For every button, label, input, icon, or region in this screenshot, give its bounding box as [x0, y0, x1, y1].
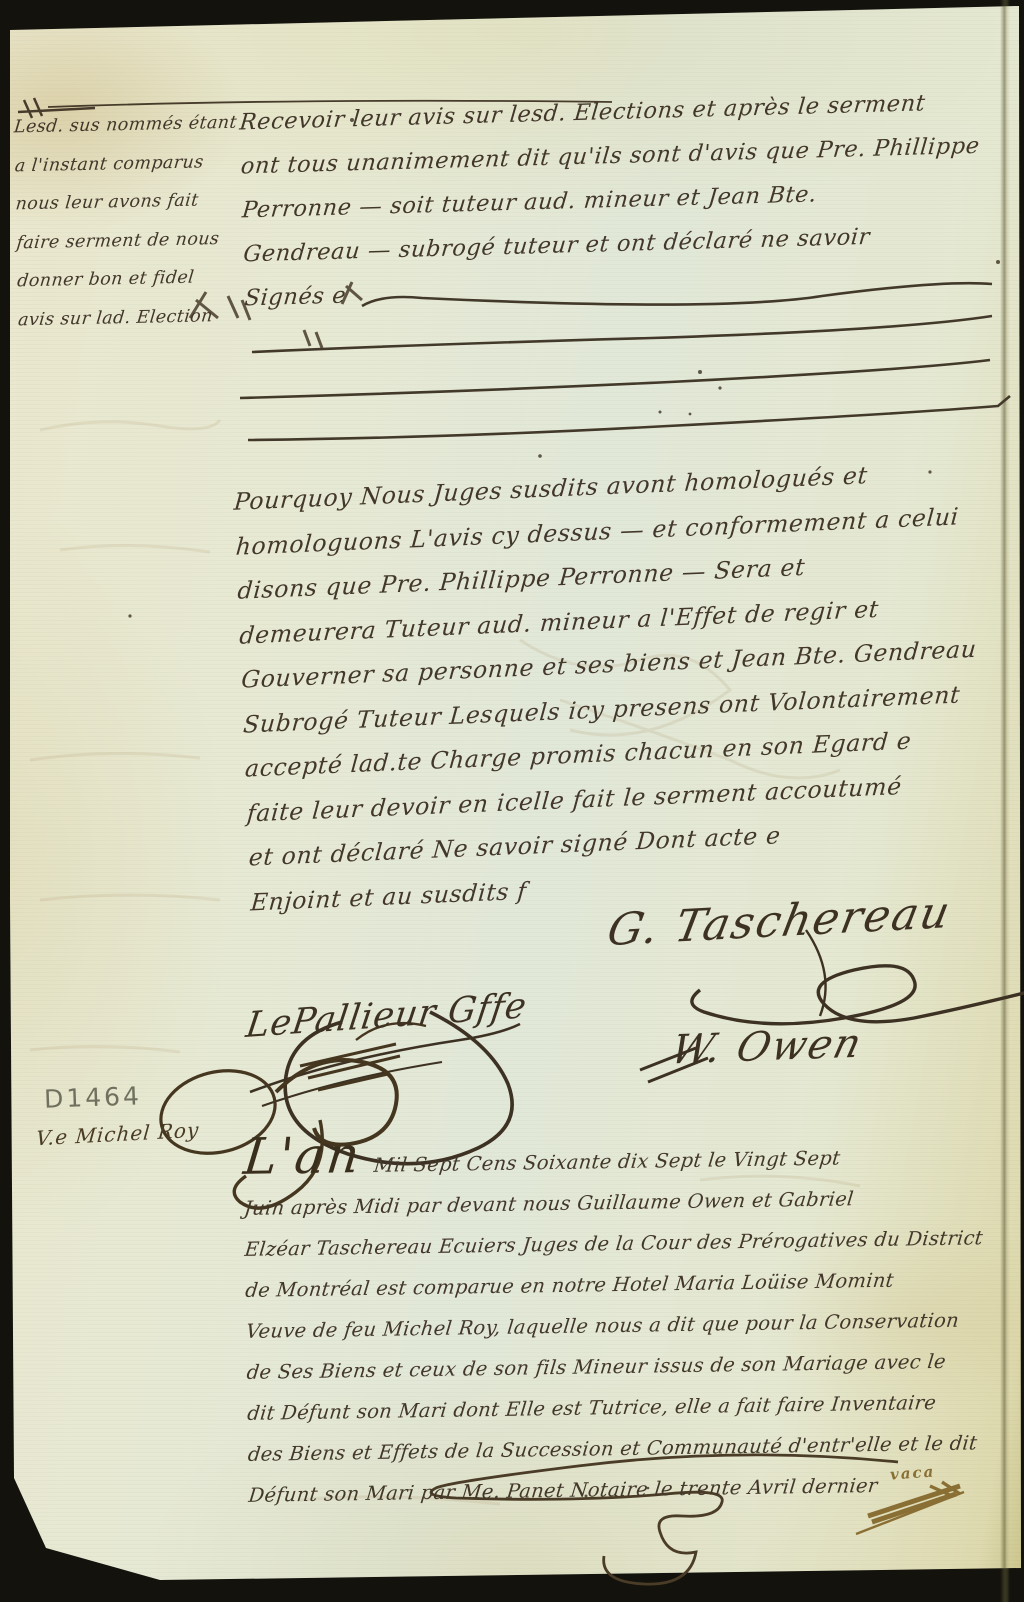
paragraph-election-advice: Recevoir leur avis sur lesd. Elections e…	[239, 80, 990, 321]
margin-note-top: Lesd. sus nommés étant a l'instant compa…	[14, 104, 244, 340]
manuscript-line-text: Mil Sept Cens Soixante dix Sept le Vingt…	[373, 1146, 842, 1176]
vaca-mark: vaca	[889, 1462, 935, 1483]
margin-note-line: nous leur avons fait	[14, 181, 243, 224]
paragraph-act-1777: L'anMil Sept Cens Soixante dix Sept le V…	[243, 1125, 997, 1516]
ornate-initial-lan: L'an	[241, 1126, 364, 1186]
margin-note-line: faire serment de nous	[14, 219, 243, 262]
archive-reference-pencil: D1464	[44, 1081, 143, 1113]
margin-note-line: avis sur lad. Election	[16, 296, 245, 339]
signature-owen: W. Owen	[666, 1020, 867, 1073]
margin-note-line: a l'instant comparus	[13, 142, 242, 185]
margin-note-line: Lesd. sus nommés étant	[12, 104, 241, 147]
paragraph-judgment: Pourquoy Nous Juges susdits avont homolo…	[233, 449, 996, 925]
margin-note-line: donner bon et fidel	[15, 258, 244, 301]
